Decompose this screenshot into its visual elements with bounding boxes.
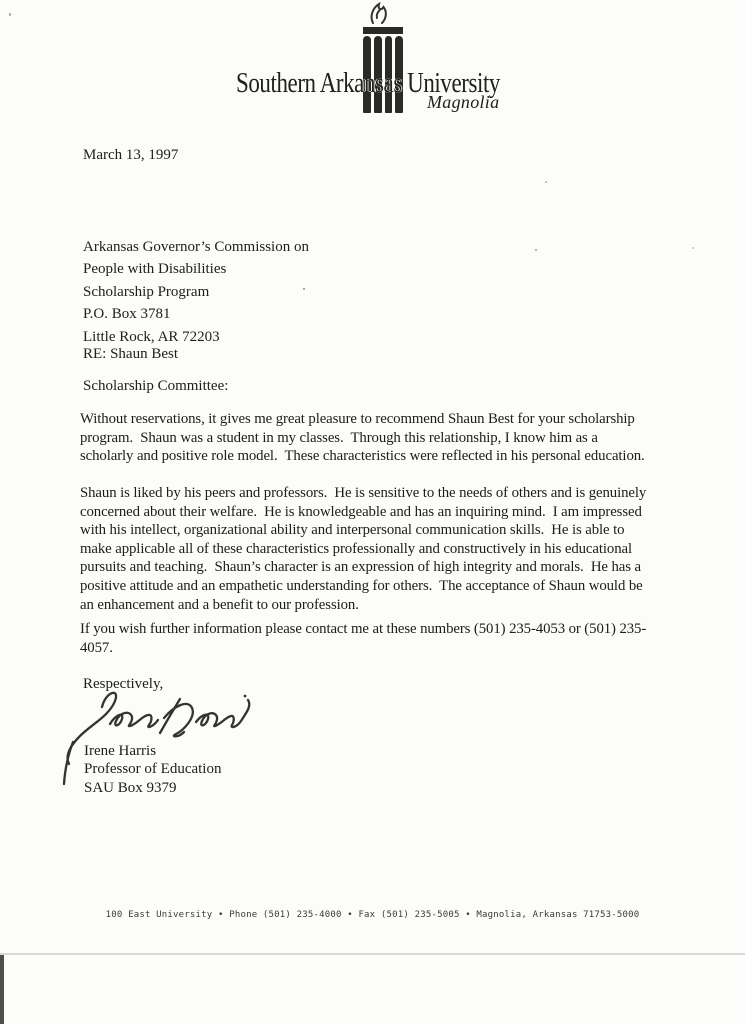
scan-speck [9,13,11,16]
torch-flame-icon [365,2,391,27]
scan-artifact-line [0,953,745,955]
address-line: Scholarship Program [83,281,309,303]
signer-name: Irene Harris [84,742,221,760]
scanned-letter-page: Southern Arkansas University Magnolia Ma… [0,0,745,1024]
campus-name: Magnolia [427,92,499,113]
recipient-address: Arkansas Governor’s Commission on People… [83,236,309,348]
body-paragraph-3: If you wish further information please c… [80,620,646,657]
address-line: Little Rock, AR 72203 [83,326,309,348]
body-paragraph-1: Without reservations, it gives me great … [80,410,645,466]
address-line: Arkansas Governor’s Commission on [83,236,309,258]
scan-speck [692,247,694,249]
signer-title: Professor of Education [84,760,221,778]
letter-date: March 13, 1997 [83,147,178,164]
body-paragraph-2: Shaun is liked by his peers and professo… [80,484,646,614]
re-subject-line: RE: Shaun Best [83,346,178,363]
signer-box: SAU Box 9379 [84,779,221,797]
address-line: P.O. Box 3781 [83,303,309,325]
salutation: Scholarship Committee: [83,378,228,395]
letterhead: Southern Arkansas University Magnolia [0,0,745,125]
scan-speck [303,288,305,290]
address-line: People with Disabilities [83,258,309,280]
column-capital [363,27,403,34]
letterhead-footer-address: 100 East University • Phone (501) 235-40… [0,910,745,920]
scan-speck [545,181,547,183]
scan-artifact-edge [0,955,4,1024]
scan-speck [535,249,537,251]
signature-block: Irene Harris Professor of Education SAU … [84,742,221,797]
